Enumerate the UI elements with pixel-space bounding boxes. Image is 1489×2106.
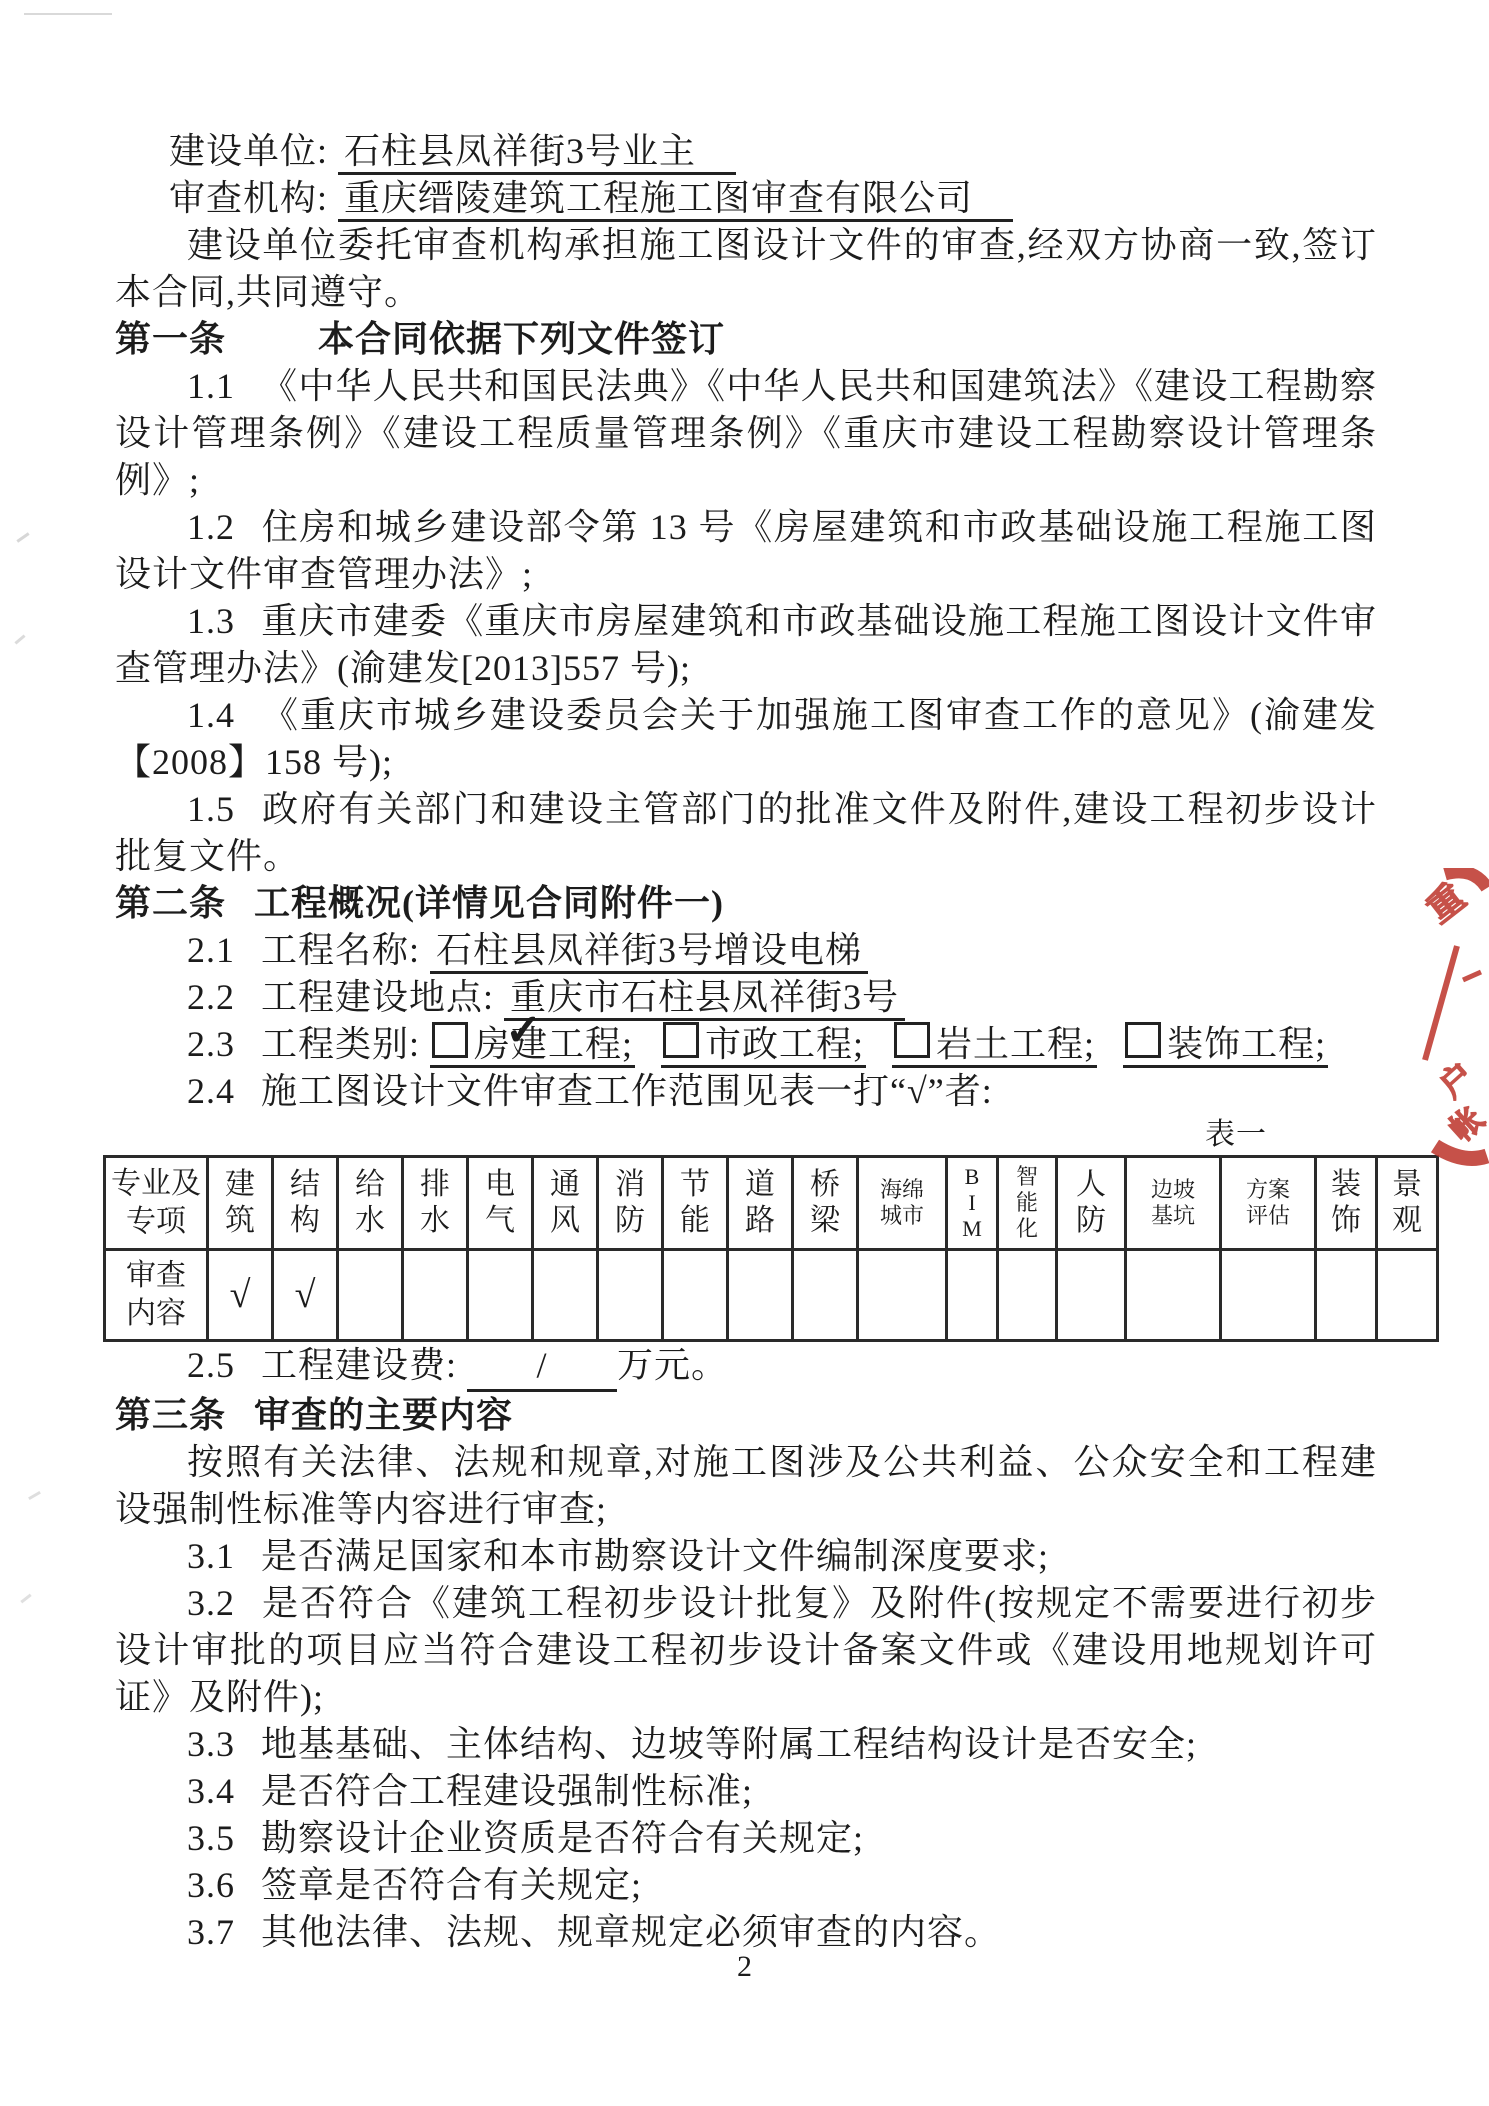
article2-number: 第二条 <box>115 883 226 923</box>
article1-title: 本合同依据下列文件签订 <box>318 319 725 359</box>
scan-artifact-mark <box>14 634 25 644</box>
table-cell-zhineng-empty <box>998 1250 1057 1341</box>
item-text: 签章是否符合有关规定; <box>261 1865 642 1905</box>
project-type-line: 2.3工程类别: ✓房建工程;市政工程;岩土工程;装饰工程; <box>115 1021 1377 1068</box>
table-cell-bianpo-empty <box>1126 1250 1221 1341</box>
scope-note-line: 2.4施工图设计文件审查工作范围见表一打“√”者: <box>115 1068 1377 1115</box>
table-cell-xiaofang-empty <box>598 1250 663 1341</box>
article3-item-3.1: 3.1是否满足国家和本市勘察设计文件编制深度要求; <box>115 1533 1377 1580</box>
table-cell-jiegou-checked: √ <box>273 1250 338 1341</box>
article3-item-3.5: 3.5勘察设计企业资质是否符合有关规定; <box>115 1815 1377 1862</box>
article1-item-1.3: 1.3重庆市建委《重庆市房屋建筑和市政基础设施工程施工图设计文件审查管理办法》(… <box>115 598 1377 692</box>
table-col-header-daolu: 道 路 <box>728 1157 793 1250</box>
table-cell-jianzhu-checked: √ <box>208 1250 273 1341</box>
contract-body: 建设单位: 石柱县凤祥街3号业主 审查机构: 重庆缙陵建筑工程施工图审查有限公司… <box>115 128 1377 1956</box>
project-type-option-2: 市政工程; <box>661 1024 866 1068</box>
item-text: 《重庆市城乡建设委员会关于加强施工图审查工作的意见》(渝建发【2008】158 … <box>115 695 1377 782</box>
table-col-header-bim: B I M <box>947 1157 998 1250</box>
table-col-header-qiaoliang: 桥 梁 <box>793 1157 858 1250</box>
reviewer-label: 审查机构: <box>169 178 328 218</box>
table-col-header-jingguan: 景 观 <box>1377 1157 1438 1250</box>
red-seal-stamp-fragment: 重 户 帐 <box>1393 868 1489 1174</box>
table-caption: 表一 <box>115 1115 1377 1155</box>
table-col-header-zhuangshi: 装 饰 <box>1316 1157 1377 1250</box>
scan-artifact-mark <box>20 1594 31 1604</box>
table-cell-qiaoliang-empty <box>793 1250 858 1341</box>
item-number: 2.2 <box>187 977 235 1017</box>
builder-line: 建设单位: 石柱县凤祥街3号业主 <box>115 128 1377 175</box>
article1-items: 1.1《中华人民共和国民法典》《中华人民共和国建筑法》《建设工程勘察设计管理条例… <box>115 363 1377 880</box>
project-site-line: 2.2工程建设地点: 重庆市石柱县凤祥街3号 <box>115 974 1377 1021</box>
scan-artifact-line <box>24 13 112 15</box>
project-name-value: 石柱县凤祥街3号增设电梯 <box>430 930 868 974</box>
article3-lead: 按照有关法律、法规和规章,对施工图涉及公共利益、公众安全和工程建设强制性标准等内… <box>115 1439 1377 1533</box>
item-text: 住房和城乡建设部令第 13 号《房屋建筑和市政基础设施工程施工图设计文件审查管理… <box>115 507 1377 594</box>
item-number: 2.1 <box>187 930 235 970</box>
item-number: 3.3 <box>187 1724 235 1764</box>
project-name-line: 2.1工程名称: 石柱县凤祥街3号增设电梯 <box>115 927 1377 974</box>
item-text: 重庆市建委《重庆市房屋建筑和市政基础设施工程施工图设计文件审查管理办法》(渝建发… <box>115 601 1377 688</box>
project-type-option-1: ✓房建工程; <box>430 1024 635 1068</box>
table-cell-tongfeng-empty <box>533 1250 598 1341</box>
article1-item-1.2: 1.2住房和城乡建设部令第 13 号《房屋建筑和市政基础设施工程施工图设计文件审… <box>115 504 1377 598</box>
scope-note-text: 施工图设计文件审查工作范围见表一打“√”者: <box>261 1071 993 1111</box>
cost-suffix: 万元。 <box>617 1345 728 1385</box>
item-number: 3.4 <box>187 1771 235 1811</box>
table-col-header-dianqi: 电 气 <box>468 1157 533 1250</box>
cost-line: 2.5工程建设费: /万元。 <box>115 1342 1377 1392</box>
article3-heading: 第三条审查的主要内容 <box>115 1392 1377 1439</box>
table-cell-dianqi-empty <box>468 1250 533 1341</box>
article3-title: 审查的主要内容 <box>254 1395 513 1435</box>
table-col-header-jianzhu: 建 筑 <box>208 1157 273 1250</box>
item-number: 1.4 <box>187 695 235 735</box>
table-content-row: 审查 内容 √√ <box>105 1250 1438 1341</box>
table-cell-zhuangshi-empty <box>1316 1250 1377 1341</box>
article2-heading: 第二条工程概况(详情见合同附件一) <box>115 880 1377 927</box>
cost-blank-value: / <box>467 1342 617 1392</box>
article1-heading: 第一条本合同依据下列文件签订 <box>115 316 1377 363</box>
cost-label: 工程建设费: <box>261 1345 457 1385</box>
item-number: 2.5 <box>187 1345 235 1385</box>
item-text: 是否满足国家和本市勘察设计文件编制深度要求; <box>261 1536 1049 1576</box>
article1-item-1.4: 1.4《重庆市城乡建设委员会关于加强施工图审查工作的意见》(渝建发【2008】1… <box>115 692 1377 786</box>
intro-paragraph: 建设单位委托审查机构承担施工图设计文件的审查,经双方协商一致,签订本合同,共同遵… <box>115 222 1377 316</box>
table-col-header-jieneng: 节 能 <box>663 1157 728 1250</box>
table-cell-paishui-empty <box>403 1250 468 1341</box>
table-col-header-xiaofang: 消 防 <box>598 1157 663 1250</box>
item-text: 其他法律、法规、规章规定必须审查的内容。 <box>261 1912 1001 1952</box>
review-scope-table: 专业及 专项 建 筑结 构给 水排 水电 气通 风消 防节 能道 路桥 梁海绵 … <box>103 1155 1439 1342</box>
table-col-header-geishui: 给 水 <box>338 1157 403 1250</box>
project-site-value: 重庆市石柱县凤祥街3号 <box>504 977 905 1021</box>
item-number: 3.1 <box>187 1536 235 1576</box>
reviewer-line: 审查机构: 重庆缙陵建筑工程施工图审查有限公司 <box>115 175 1377 222</box>
table-col-header-bianpo: 边坡 基坑 <box>1126 1157 1221 1250</box>
item-text: 地基基础、主体结构、边坡等附属工程结构设计是否安全; <box>261 1724 1197 1764</box>
article1-item-1.5: 1.5政府有关部门和建设主管部门的批准文件及附件,建设工程初步设计批复文件。 <box>115 786 1377 880</box>
article3-number: 第三条 <box>115 1395 226 1435</box>
scan-artifact-mark <box>28 1491 41 1500</box>
item-number: 1.1 <box>187 366 235 406</box>
item-number: 1.3 <box>187 601 235 641</box>
project-type-label: 工程类别: <box>261 1024 420 1064</box>
table-col-header-paishui: 排 水 <box>403 1157 468 1250</box>
table-cell-jieneng-empty <box>663 1250 728 1341</box>
check-mark-icon: ✓ <box>433 1009 542 1053</box>
option-label: 装饰工程; <box>1167 1024 1326 1064</box>
page-number: 2 <box>0 1950 1489 1984</box>
reviewer-value: 重庆缙陵建筑工程施工图审查有限公司 <box>338 178 1013 222</box>
article1-number: 第一条 <box>115 319 226 359</box>
item-number: 3.7 <box>187 1912 235 1952</box>
table-col-header-zhineng: 智 能 化 <box>998 1157 1057 1250</box>
item-number: 3.5 <box>187 1818 235 1858</box>
table-cell-haimian-empty <box>858 1250 947 1341</box>
table-header-row: 专业及 专项 建 筑结 构给 水排 水电 气通 风消 防节 能道 路桥 梁海绵 … <box>105 1157 1438 1250</box>
article3-items: 3.1是否满足国家和本市勘察设计文件编制深度要求;3.2是否符合《建筑工程初步设… <box>115 1533 1377 1956</box>
article3-item-3.6: 3.6签章是否符合有关规定; <box>115 1862 1377 1909</box>
item-text: 勘察设计企业资质是否符合有关规定; <box>261 1818 864 1858</box>
table-cell-daolu-empty <box>728 1250 793 1341</box>
project-type-option-4: 装饰工程; <box>1123 1024 1328 1068</box>
scan-artifact-mark <box>16 532 29 542</box>
builder-value: 石柱县凤祥街3号业主 <box>338 131 736 175</box>
table-cell-bim-empty <box>947 1250 998 1341</box>
project-name-label: 工程名称: <box>261 930 420 970</box>
checked-checkbox-icon: ✓ <box>432 1022 468 1058</box>
item-text: 是否符合《建筑工程初步设计批复》及附件(按规定不需要进行初步设计审批的项目应当符… <box>115 1583 1377 1717</box>
svg-text:重: 重 <box>1420 877 1473 931</box>
item-number: 3.6 <box>187 1865 235 1905</box>
article3-item-3.7: 3.7其他法律、法规、规章规定必须审查的内容。 <box>115 1909 1377 1956</box>
article1-item-1.1: 1.1《中华人民共和国民法典》《中华人民共和国建筑法》《建设工程勘察设计管理条例… <box>115 363 1377 504</box>
item-number: 1.2 <box>187 507 235 547</box>
builder-label: 建设单位: <box>169 131 328 171</box>
project-type-options: ✓房建工程;市政工程;岩土工程;装饰工程; <box>430 1024 1354 1064</box>
article2-title: 工程概况(详情见合同附件一) <box>254 883 724 923</box>
article3-item-3.2: 3.2是否符合《建筑工程初步设计批复》及附件(按规定不需要进行初步设计审批的项目… <box>115 1580 1377 1721</box>
item-text: 《中华人民共和国民法典》《中华人民共和国建筑法》《建设工程勘察设计管理条例》《建… <box>115 366 1377 500</box>
table-col-header-tongfeng: 通 风 <box>533 1157 598 1250</box>
unchecked-checkbox-icon <box>894 1022 930 1058</box>
item-number: 2.4 <box>187 1071 235 1111</box>
item-number: 2.3 <box>187 1024 235 1064</box>
table-col-header-renfang: 人 防 <box>1057 1157 1126 1250</box>
table-cell-geishui-empty <box>338 1250 403 1341</box>
table-corner-header: 专业及 专项 <box>105 1157 208 1250</box>
project-type-option-3: 岩土工程; <box>892 1024 1097 1068</box>
svg-text:户: 户 <box>1433 1056 1481 1104</box>
item-number: 1.5 <box>187 789 235 829</box>
item-number: 3.2 <box>187 1583 235 1623</box>
article3-item-3.3: 3.3地基基础、主体结构、边坡等附属工程结构设计是否安全; <box>115 1721 1377 1768</box>
item-text: 政府有关部门和建设主管部门的批准文件及附件,建设工程初步设计批复文件。 <box>115 789 1377 876</box>
unchecked-checkbox-icon <box>663 1022 699 1058</box>
article3-item-3.4: 3.4是否符合工程建设强制性标准; <box>115 1768 1377 1815</box>
option-label: 市政工程; <box>705 1024 864 1064</box>
svg-text:帐: 帐 <box>1443 1100 1489 1148</box>
table-cell-renfang-empty <box>1057 1250 1126 1341</box>
option-label: 岩土工程; <box>936 1024 1095 1064</box>
table-col-header-jiegou: 结 构 <box>273 1157 338 1250</box>
table-row-label: 审查 内容 <box>105 1250 208 1341</box>
unchecked-checkbox-icon <box>1125 1022 1161 1058</box>
table-cell-fangan-empty <box>1221 1250 1316 1341</box>
document-page: 建设单位: 石柱县凤祥街3号业主 审查机构: 重庆缙陵建筑工程施工图审查有限公司… <box>0 0 1489 2106</box>
table-col-header-haimian: 海绵 城市 <box>858 1157 947 1250</box>
item-text: 是否符合工程建设强制性标准; <box>261 1771 753 1811</box>
table-col-header-fangan: 方案 评估 <box>1221 1157 1316 1250</box>
table-cell-jingguan-empty <box>1377 1250 1438 1341</box>
